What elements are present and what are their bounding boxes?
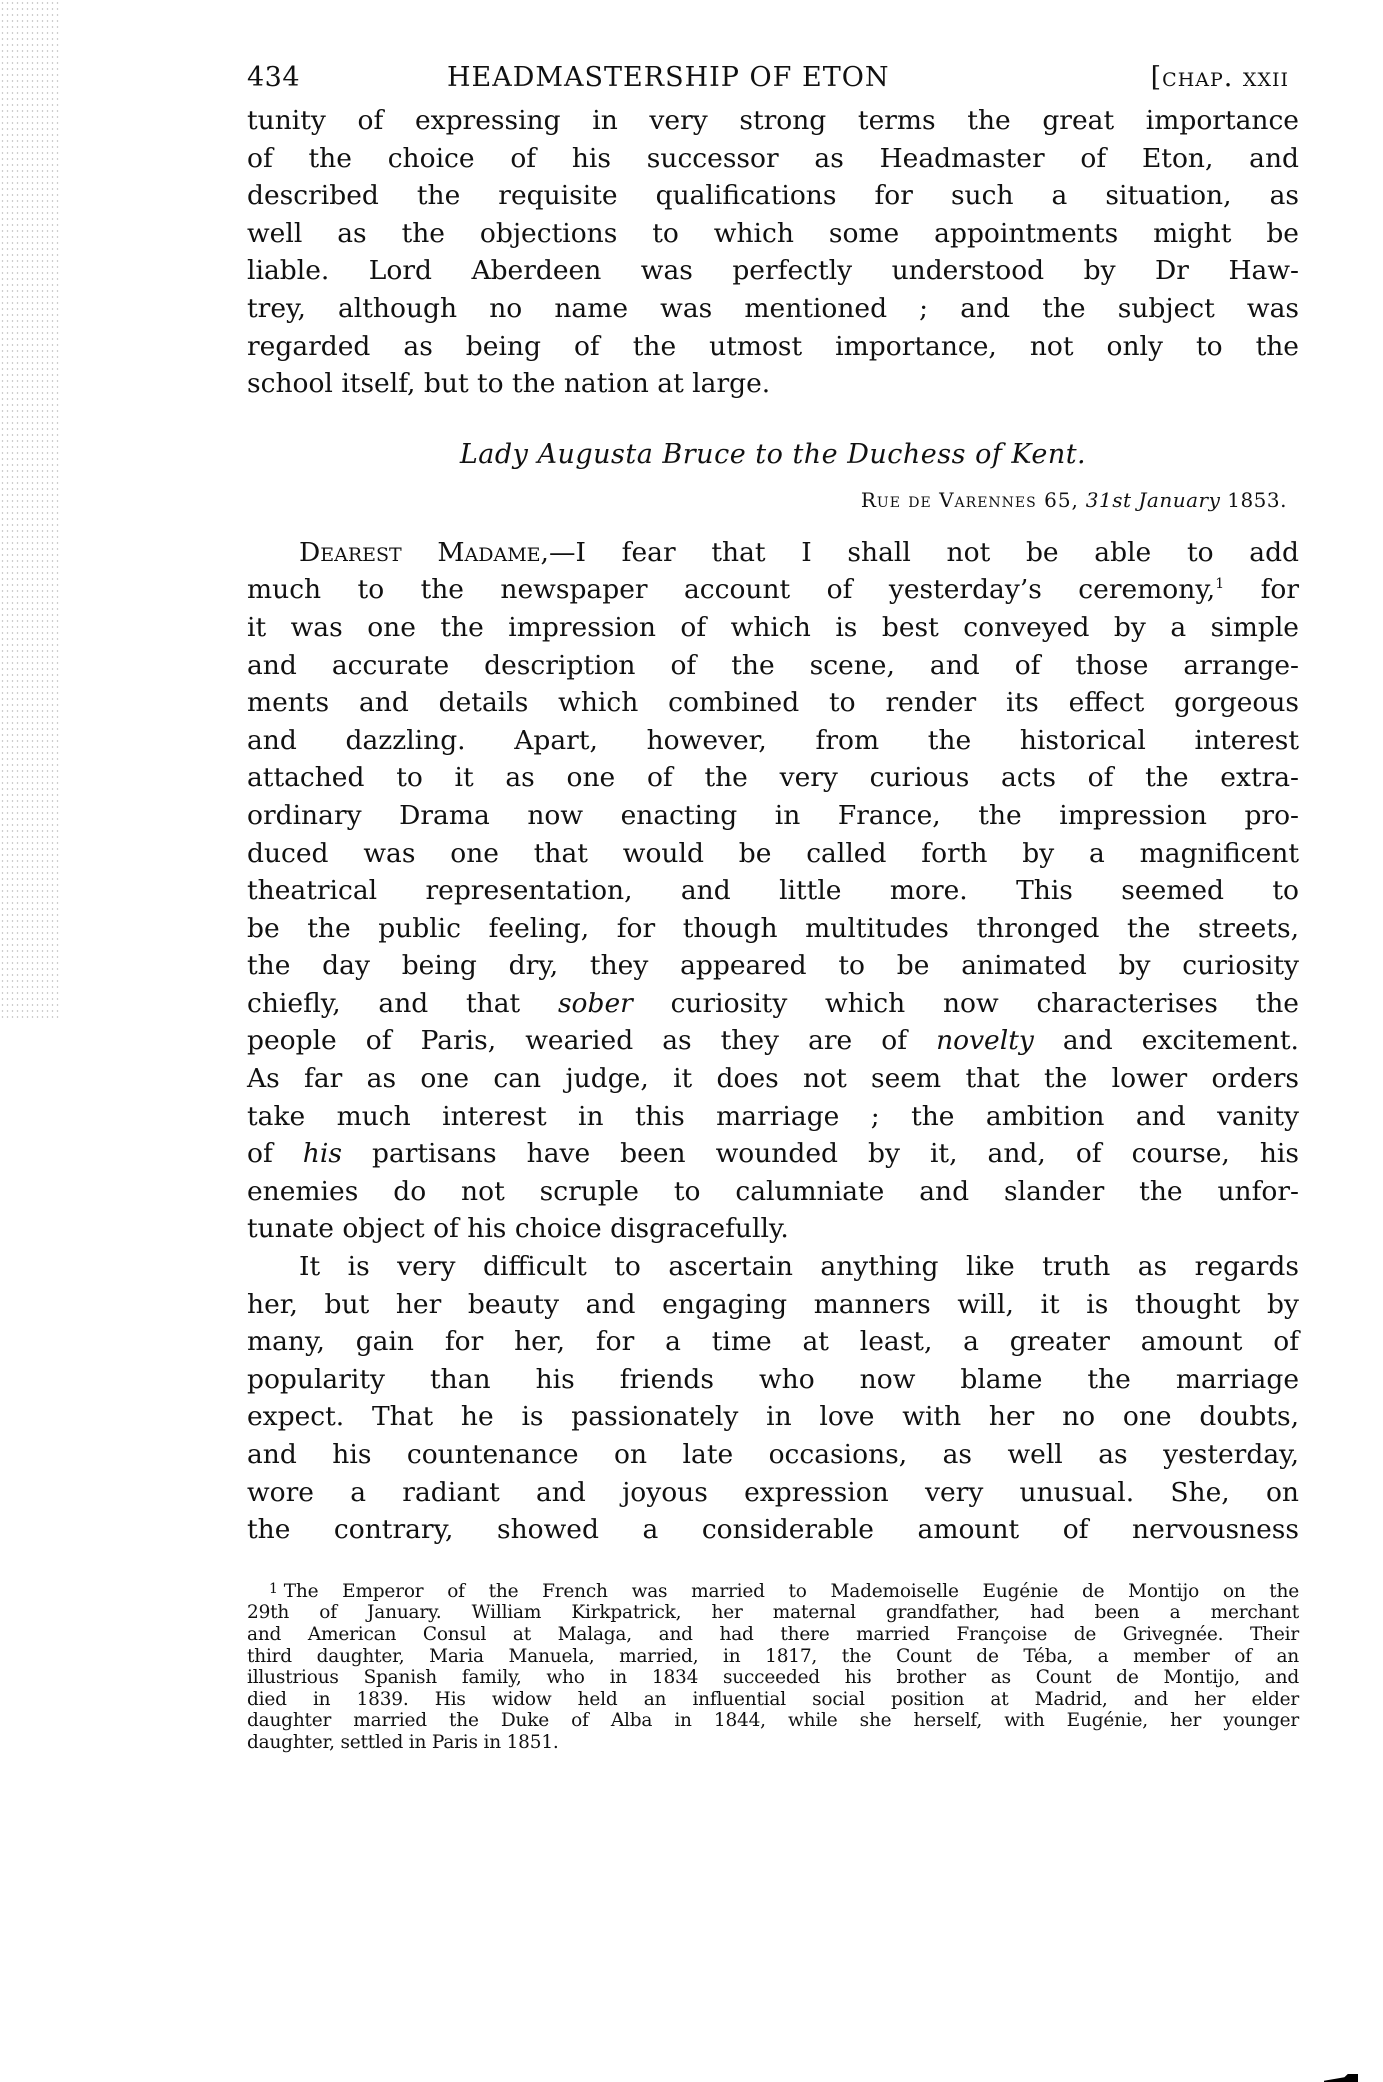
footnote-line: 29th of January. William Kirkpatrick, he… bbox=[247, 1602, 1299, 1624]
footnote-number: 1 bbox=[247, 1581, 284, 1597]
text-line: regarded as being of the utmost importan… bbox=[247, 328, 1299, 366]
emphasis: novelty bbox=[936, 1025, 1034, 1056]
text-line: many, gain for her, for a time at least,… bbox=[247, 1323, 1299, 1361]
text-line: it was one the impression of which is be… bbox=[247, 609, 1299, 647]
text-line: be the public feeling, for though multit… bbox=[247, 910, 1299, 948]
letter-paragraph-1: Dearest Madame,—I fear that I shall not … bbox=[247, 534, 1299, 1248]
dateline-place: Rue de Varennes 65, bbox=[861, 488, 1079, 512]
text-line: Dearest Madame,—I fear that I shall not … bbox=[247, 534, 1299, 572]
footnote-line: died in 1839. His widow held an influent… bbox=[247, 1689, 1299, 1711]
book-page: 434 HEADMASTERSHIP OF ETON [chap. xxii t… bbox=[247, 62, 1299, 1754]
text-line: her, but her beauty and engaging manners… bbox=[247, 1286, 1299, 1324]
scan-edge-noise bbox=[0, 0, 60, 1020]
footnote: 1The Emperor of the French was married t… bbox=[247, 1579, 1299, 1754]
text-line: of the choice of his successor as Headma… bbox=[247, 140, 1299, 178]
footnote-line: third daughter, Maria Manuela, married, … bbox=[247, 1646, 1299, 1668]
text-line: liable. Lord Aberdeen was perfectly unde… bbox=[247, 252, 1299, 290]
emphasis: sober bbox=[558, 988, 633, 1019]
text-line: people of Paris, wearied as they are of … bbox=[247, 1022, 1299, 1060]
chapter-marker: [chap. xxii bbox=[1151, 62, 1289, 93]
footnote-line: and American Consul at Malaga, and had t… bbox=[247, 1624, 1299, 1646]
footnote-reference[interactable]: 1 bbox=[1215, 576, 1224, 592]
footnote-line: daughter, settled in Paris in 1851. bbox=[247, 1732, 1299, 1754]
running-title: HEADMASTERSHIP OF ETON bbox=[447, 62, 889, 93]
text-line: described the requisite qualifications f… bbox=[247, 177, 1299, 215]
footnote-line: 1The Emperor of the French was married t… bbox=[247, 1579, 1299, 1603]
page-number: 434 bbox=[247, 62, 300, 93]
text-line: duced was one that would be called forth… bbox=[247, 835, 1299, 873]
dateline-day: 31st bbox=[1086, 488, 1132, 512]
text-line: theatrical representation, and little mo… bbox=[247, 872, 1299, 910]
text-line: attached to it as one of the very curiou… bbox=[247, 759, 1299, 797]
text-line: wore a radiant and joyous expression ver… bbox=[247, 1474, 1299, 1512]
emphasis: his bbox=[303, 1138, 342, 1169]
text-line: school itself, but to the nation at larg… bbox=[247, 365, 1299, 403]
letter-paragraph-2: It is very difficult to ascertain anythi… bbox=[247, 1248, 1299, 1549]
text-line: ordinary Drama now enacting in France, t… bbox=[247, 797, 1299, 835]
text-line: and dazzling. Apart, however, from the h… bbox=[247, 722, 1299, 760]
text-line: As far as one can judge, it does not see… bbox=[247, 1060, 1299, 1098]
text-line: of his partisans have been wounded by it… bbox=[247, 1135, 1299, 1173]
text-line: the day being dry, they appeared to be a… bbox=[247, 947, 1299, 985]
letter-dateline: Rue de Varennes 65, 31st January 1853. bbox=[247, 488, 1299, 512]
text-line: tunate object of his choice disgracefull… bbox=[247, 1210, 1299, 1248]
text-line: ments and details which combined to rend… bbox=[247, 684, 1299, 722]
paragraph-continuation: tunity of expressing in very strong term… bbox=[247, 102, 1299, 403]
text-line: popularity than his friends who now blam… bbox=[247, 1361, 1299, 1399]
footnote-line: daughter married the Duke of Alba in 184… bbox=[247, 1710, 1299, 1732]
scan-corner-mark bbox=[1324, 2074, 1358, 2082]
text-line: the contrary, showed a considerable amou… bbox=[247, 1511, 1299, 1549]
footnote-line: illustrious Spanish family, who in 1834 … bbox=[247, 1667, 1299, 1689]
text-line: chiefly, and that sober curiosity which … bbox=[247, 985, 1299, 1023]
text-line: enemies do not scruple to calumniate and… bbox=[247, 1173, 1299, 1211]
dateline-month: January bbox=[1138, 488, 1220, 512]
text-line: take much interest in this marriage ; th… bbox=[247, 1098, 1299, 1136]
text-line: and his countenance on late occasions, a… bbox=[247, 1436, 1299, 1474]
dateline-year: 1853. bbox=[1227, 488, 1287, 512]
salutation: Dearest Madame, bbox=[299, 537, 549, 568]
text-line: well as the objections to which some app… bbox=[247, 215, 1299, 253]
text-line: much to the newspaper account of yesterd… bbox=[247, 571, 1299, 609]
text-line: expect. That he is passionately in love … bbox=[247, 1398, 1299, 1436]
text-line: tunity of expressing in very strong term… bbox=[247, 102, 1299, 140]
running-head: 434 HEADMASTERSHIP OF ETON [chap. xxii bbox=[247, 62, 1299, 102]
letter-heading: Lady Augusta Bruce to the Duchess of Ken… bbox=[247, 439, 1299, 470]
text-line: trey, although no name was mentioned ; a… bbox=[247, 290, 1299, 328]
text-line: It is very difficult to ascertain anythi… bbox=[247, 1248, 1299, 1286]
text-line: and accurate description of the scene, a… bbox=[247, 647, 1299, 685]
